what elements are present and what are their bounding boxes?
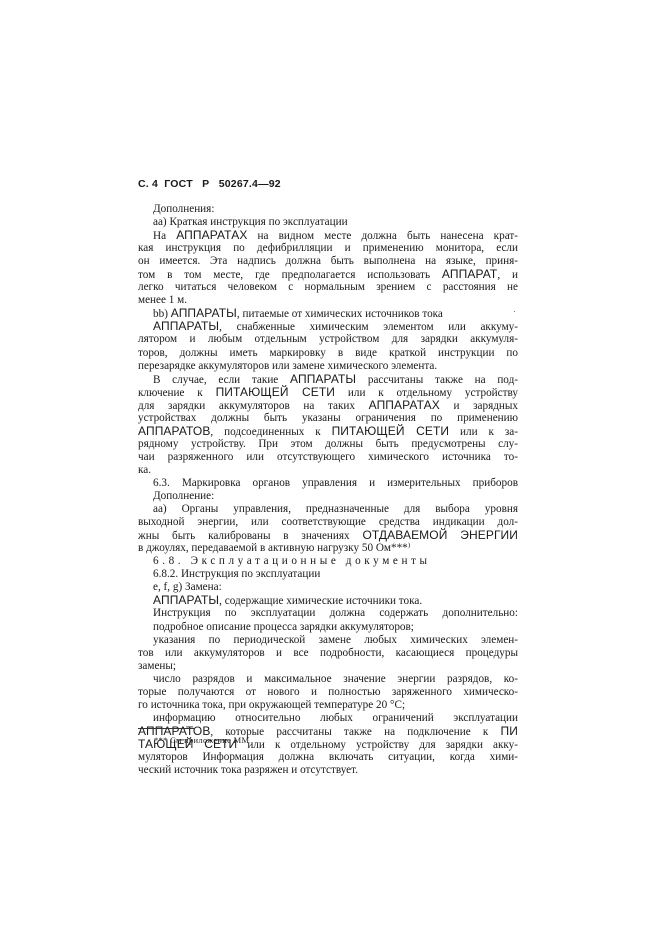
- text-line: торов, должны иметь маркировку в виде кр…: [138, 347, 518, 360]
- text-line: ключение к ПИТАЮЩЕЙ СЕТИ или к отдельном…: [138, 386, 518, 399]
- text-line: АППАРАТЫ, снабженные химическим элементо…: [138, 320, 518, 333]
- footnote-divider: [138, 728, 194, 729]
- text-line: АППАРАТОВ, подсоединенных к ПИТАЮЩЕЙ СЕТ…: [138, 425, 518, 438]
- text-line: для зарядки аккумуляторов на таких АППАР…: [138, 399, 518, 412]
- text-line: кая инструкция по дефибрилляции и примен…: [138, 242, 518, 255]
- text-line: жны быть калиброваны в значениях ОТДАВАЕ…: [138, 529, 518, 542]
- text-line: число разрядов и максимальное значение э…: [138, 673, 518, 686]
- text-line: 6.8.2. Инструкция по эксплуатации: [138, 568, 518, 581]
- page-header: С. 4 ГОСТ Р 50267.4—92: [138, 178, 281, 190]
- text-line: АППАРАТЫ, содержащие химические источник…: [138, 594, 518, 607]
- document-page: С. 4 ГОСТ Р 50267.4—92 Дополнения:аа) Кр…: [0, 0, 661, 935]
- text-line: го источника тока, при окружающей темпер…: [138, 699, 518, 712]
- text-line: подробное описание процесса зарядки акку…: [138, 621, 518, 634]
- text-line: том в том месте, где предполагается испо…: [138, 268, 518, 281]
- text-line: ческий источник тока разряжен и отсутств…: [138, 764, 518, 777]
- text-line: указания по периодической замене любых х…: [138, 634, 518, 647]
- text-line: чаи разряженного или отсутствующего хими…: [138, 451, 518, 464]
- footnote: *** См приложение ММ: [154, 735, 249, 745]
- text-line: аа) Органы управления, предназначенные д…: [138, 503, 518, 516]
- text-line: 6.8. Эксплуатационные документы: [138, 555, 518, 568]
- text-line: тов или аккумуляторов и все подробности,…: [138, 647, 518, 660]
- text-line: замены;: [138, 660, 518, 673]
- text-line: торые получаются от нового и полностью з…: [138, 686, 518, 699]
- text-line: муляторов Информация должна включать сит…: [138, 751, 518, 764]
- text-line: ка.: [138, 464, 518, 477]
- text-line: легко читаться человеком с нормальным зр…: [138, 281, 518, 294]
- scan-speck: [514, 311, 515, 312]
- text-line: Инструкция по эксплуатации должна содерж…: [138, 607, 518, 620]
- body-text: Дополнения:аа) Краткая инструкция по экс…: [138, 203, 518, 777]
- text-line: рядному устройству. При этом должны быть…: [138, 438, 518, 451]
- text-line: в джоулях, передаваемой в активную нагру…: [138, 542, 518, 555]
- text-line: 6.3. Маркировка органов управления и изм…: [138, 477, 518, 490]
- text-line: Дополнение:: [138, 490, 518, 503]
- text-line: лятором и любым отдельным устройством дл…: [138, 333, 518, 346]
- text-line: Дополнения:: [138, 203, 518, 216]
- text-line: На АППАРАТАХ на видном месте должна быть…: [138, 229, 518, 242]
